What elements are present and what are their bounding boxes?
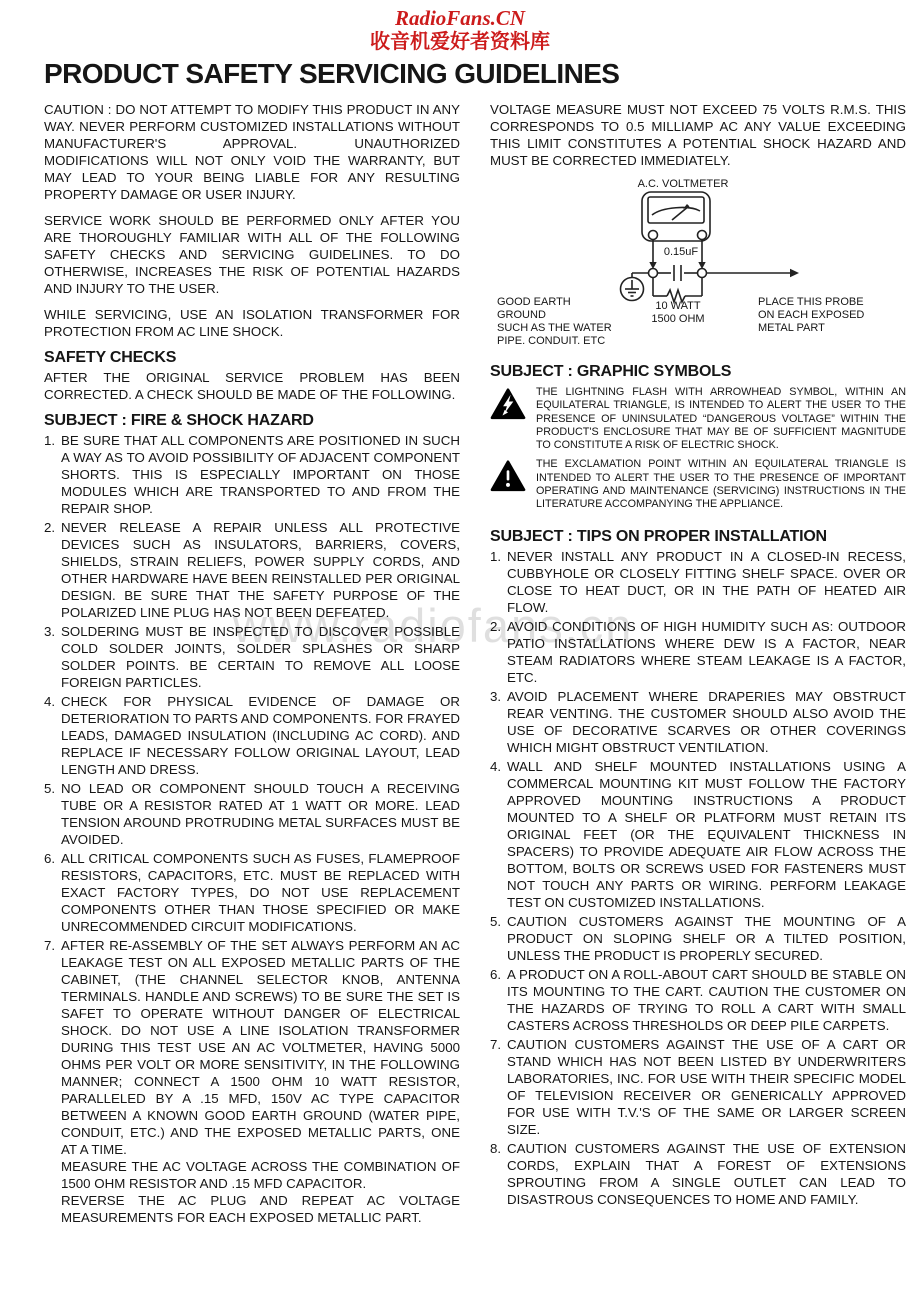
safety-checks-heading: SAFETY CHECKS bbox=[44, 349, 460, 366]
list-item: 1. BE SURE THAT ALL COMPONENTS ARE POSIT… bbox=[44, 432, 460, 517]
list-item: 6. ALL CRITICAL COMPONENTS SUCH AS FUSES… bbox=[44, 850, 460, 935]
exclamation-triangle-icon bbox=[490, 460, 526, 492]
list-item: 5. NO LEAD OR COMPONENT SHOULD TOUCH A R… bbox=[44, 780, 460, 848]
list-item: 4. WALL AND SHELF MOUNTED INSTALLATIONS … bbox=[490, 758, 906, 911]
list-item: 4. CHECK FOR PHYSICAL EVIDENCE OF DAMAGE… bbox=[44, 693, 460, 778]
list-item-number: 3. bbox=[490, 688, 501, 705]
list-item-text: AVOID PLACEMENT WHERE DRAPERIES MAY OBST… bbox=[507, 688, 906, 756]
list-item-number: 3. bbox=[44, 623, 55, 640]
list-item-text: CAUTION CUSTOMERS AGAINST THE MOUNTING O… bbox=[507, 913, 906, 964]
list-item: 1. NEVER INSTALL ANY PRODUCT IN A CLOSED… bbox=[490, 548, 906, 616]
list-item-number: 2. bbox=[490, 618, 501, 635]
list-item: 7. CAUTION CUSTOMERS AGAINST THE USE OF … bbox=[490, 1036, 906, 1138]
probe-label: PLACE THIS PROBE ON EACH EXPOSED METAL P… bbox=[758, 296, 888, 335]
caution-paragraph: CAUTION : DO NOT ATTEMPT TO MODIFY THIS … bbox=[44, 101, 460, 203]
list-item-text: CAUTION CUSTOMERS AGAINST THE USE OF A C… bbox=[507, 1036, 906, 1138]
ac-leakage-test-diagram: A.C. VOLTMETER 0.15uF 10 WATT 1500 OHM G… bbox=[490, 178, 906, 356]
lightning-symbol-text: THE LIGHTNING FLASH WITH ARROWHEAD SYMBO… bbox=[536, 386, 906, 452]
list-item-number: 4. bbox=[490, 758, 501, 775]
list-item-text: SOLDERING MUST BE INSPECTED TO DISCOVER … bbox=[61, 623, 460, 691]
list-item-number: 7. bbox=[490, 1036, 501, 1053]
lightning-triangle-icon bbox=[490, 388, 526, 420]
list-item-text: NO LEAD OR COMPONENT SHOULD TOUCH A RECE… bbox=[61, 780, 460, 848]
list-item-number: 5. bbox=[44, 780, 55, 797]
graphic-symbol-row: THE LIGHTNING FLASH WITH ARROWHEAD SYMBO… bbox=[490, 386, 906, 452]
exclamation-symbol-text: THE EXCLAMATION POINT WITHIN AN EQUILATE… bbox=[536, 458, 906, 511]
list-item-number: 5. bbox=[490, 913, 501, 930]
list-item-text: NEVER RELEASE A REPAIR UNLESS ALL PROTEC… bbox=[61, 519, 460, 621]
graphic-symbol-row: THE EXCLAMATION POINT WITHIN AN EQUILATE… bbox=[490, 458, 906, 511]
safety-checks-body: AFTER THE ORIGINAL SERVICE PROBLEM HAS B… bbox=[44, 369, 460, 403]
service-work-paragraph: SERVICE WORK SHOULD BE PERFORMED ONLY AF… bbox=[44, 212, 460, 297]
capacitor-label: 0.15uF bbox=[642, 246, 720, 259]
list-item-text: AFTER RE-ASSEMBLY OF THE SET ALWAYS PERF… bbox=[61, 937, 460, 1226]
resistor-label: 10 WATT 1500 OHM bbox=[630, 300, 726, 326]
graphic-symbols-heading: SUBJECT : GRAPHIC SYMBOLS bbox=[490, 363, 906, 380]
site-header: RadioFans.CN 收音机爱好者资料库 bbox=[0, 6, 920, 54]
list-item-number: 1. bbox=[490, 548, 501, 565]
right-column: VOLTAGE MEASURE MUST NOT EXCEED 75 VOLTS… bbox=[490, 101, 906, 1210]
list-item: 7. AFTER RE-ASSEMBLY OF THE SET ALWAYS P… bbox=[44, 937, 460, 1226]
ground-label: GOOD EARTH GROUND SUCH AS THE WATER PIPE… bbox=[497, 296, 617, 348]
list-item: 3. AVOID PLACEMENT WHERE DRAPERIES MAY O… bbox=[490, 688, 906, 756]
list-item: 6. A PRODUCT ON A ROLL-ABOUT CART SHOULD… bbox=[490, 966, 906, 1034]
list-item: 2. AVOID CONDITIONS OF HIGH HUMIDITY SUC… bbox=[490, 618, 906, 686]
document-page: www.radiofans.cn RadioFans.CN 收音机爱好者资料库 … bbox=[0, 0, 920, 1302]
fire-shock-heading: SUBJECT : FIRE & SHOCK HAZARD bbox=[44, 412, 460, 429]
voltmeter-label: A.C. VOLTMETER bbox=[608, 178, 758, 191]
voltage-measure-paragraph: VOLTAGE MEASURE MUST NOT EXCEED 75 VOLTS… bbox=[490, 101, 906, 169]
site-name-chinese: 收音机爱好者资料库 bbox=[0, 30, 920, 54]
site-name: RadioFans.CN bbox=[0, 6, 920, 30]
list-item-number: 4. bbox=[44, 693, 55, 710]
list-item-text: A PRODUCT ON A ROLL-ABOUT CART SHOULD BE… bbox=[507, 966, 906, 1034]
isolation-transformer-paragraph: WHILE SERVICING, USE AN ISOLATION TRANSF… bbox=[44, 306, 460, 340]
list-item-text: NEVER INSTALL ANY PRODUCT IN A CLOSED-IN… bbox=[507, 548, 906, 616]
list-item-number: 6. bbox=[490, 966, 501, 983]
list-item: 2. NEVER RELEASE A REPAIR UNLESS ALL PRO… bbox=[44, 519, 460, 621]
tips-heading: SUBJECT : TIPS ON PROPER INSTALLATION bbox=[490, 528, 906, 545]
list-item: 3. SOLDERING MUST BE INSPECTED TO DISCOV… bbox=[44, 623, 460, 691]
list-item-number: 7. bbox=[44, 937, 55, 954]
list-item-text: AVOID CONDITIONS OF HIGH HUMIDITY SUCH A… bbox=[507, 618, 906, 686]
page-title: PRODUCT SAFETY SERVICING GUIDELINES bbox=[44, 58, 904, 90]
list-item-number: 8. bbox=[490, 1140, 501, 1157]
list-item: 5. CAUTION CUSTOMERS AGAINST THE MOUNTIN… bbox=[490, 913, 906, 964]
list-item-number: 1. bbox=[44, 432, 55, 449]
list-item-text: WALL AND SHELF MOUNTED INSTALLATIONS USI… bbox=[507, 758, 906, 911]
list-item-number: 6. bbox=[44, 850, 55, 867]
list-item-text: ALL CRITICAL COMPONENTS SUCH AS FUSES, F… bbox=[61, 850, 460, 935]
list-item-number: 2. bbox=[44, 519, 55, 536]
list-item-text: BE SURE THAT ALL COMPONENTS ARE POSITION… bbox=[61, 432, 460, 517]
list-item-text: CHECK FOR PHYSICAL EVIDENCE OF DAMAGE OR… bbox=[61, 693, 460, 778]
list-item: 8. CAUTION CUSTOMERS AGAINST THE USE OF … bbox=[490, 1140, 906, 1208]
list-item-text: CAUTION CUSTOMERS AGAINST THE USE OF EXT… bbox=[507, 1140, 906, 1208]
left-column: CAUTION : DO NOT ATTEMPT TO MODIFY THIS … bbox=[44, 101, 460, 1228]
